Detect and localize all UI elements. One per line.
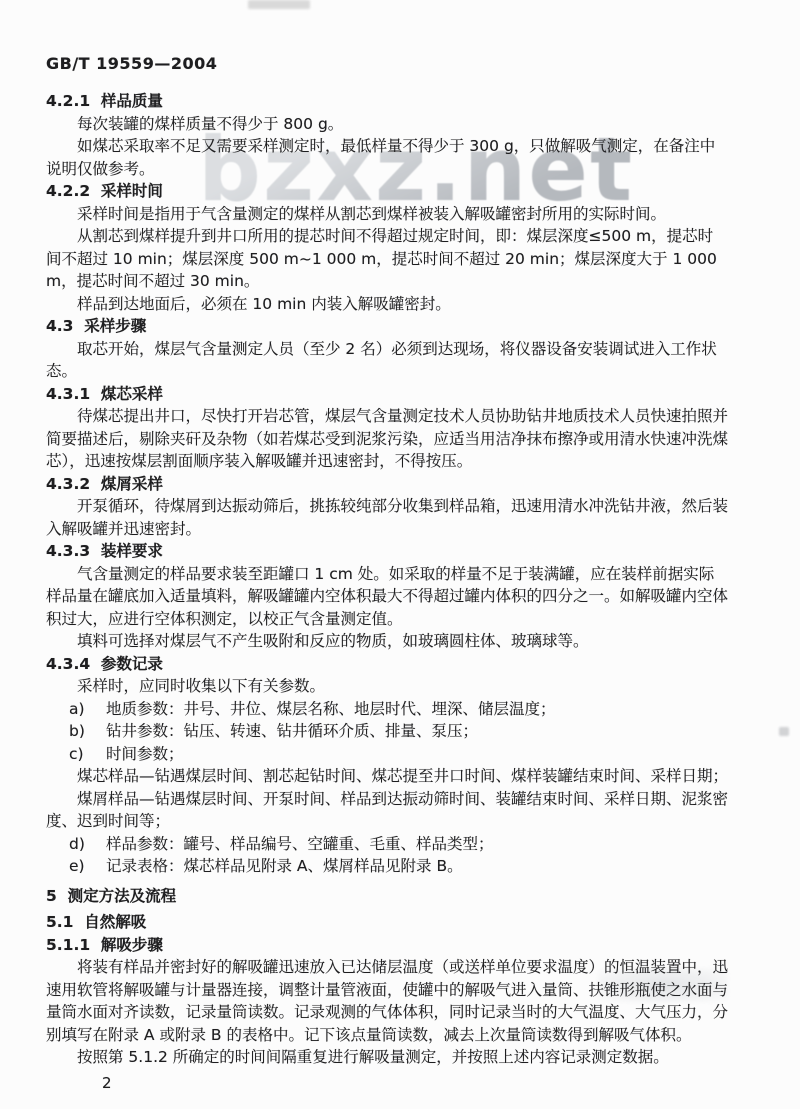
paragraph: 开泵循环，待煤屑到达振动筛后，挑拣较纯部分收集到样品箱，迅速用清水冲洗钻井液，然… (46, 495, 728, 540)
section-heading: 4.3.4 参数记录 (46, 653, 728, 676)
list-item: c)时间参数； (46, 743, 728, 766)
list-item: b)钻井参数：钻压、转速、钻井循环介质、排量、泵压； (46, 720, 728, 743)
list-marker: d) (69, 833, 106, 856)
document-content: 4.2.1 样品质量每次装罐的煤样质量不得少于 800 g。如煤芯采取率不足又需… (46, 90, 728, 1069)
list-marker: b) (69, 720, 106, 743)
list-text: 地质参数：井号、井位、煤层名称、地层时代、埋深、储层温度； (106, 700, 556, 718)
paragraph: 从割芯到煤样提升到井口所用的提芯时间不得超过规定时间，即：煤层深度≤500 m，… (46, 225, 728, 293)
paragraph: 填料可选择对煤层气不产生吸附和反应的物质，如玻璃圆柱体、玻璃球等。 (46, 630, 728, 653)
list-item: d)样品参数：罐号、样品编号、空罐重、毛重、样品类型； (46, 833, 728, 856)
section-heading: 4.2.1 样品质量 (46, 90, 728, 113)
document-body: GB/T 19559—2004 4.2.1 样品质量每次装罐的煤样质量不得少于 … (0, 0, 800, 1092)
section-heading: 5.1.1 解吸步骤 (46, 934, 728, 957)
paragraph: 待煤芯提出井口，尽快打开岩芯管，煤层气含量测定技术人员协助钻井地质技术人员快速拍… (46, 405, 728, 473)
section-heading: 4.2.2 采样时间 (46, 180, 728, 203)
section-heading: 4.3.3 装样要求 (46, 540, 728, 563)
page-number: 2 (46, 1074, 758, 1092)
list-marker: a) (69, 698, 106, 721)
paragraph: 气含量测定的样品要求装至距罐口 1 cm 处。如采取的样量不足于装满罐，应在装样… (46, 563, 728, 631)
list-text: 时间参数； (106, 745, 184, 763)
section-heading: 4.3 采样步骤 (46, 315, 728, 338)
paragraph: 取芯开始，煤层气含量测定人员（至少 2 名）必须到达现场，将仪器设备安装调试进入… (46, 338, 728, 383)
list-text: 记录表格：煤芯样品见附录 A、煤屑样品见附录 B。 (106, 857, 463, 875)
paragraph: 煤芯样品—钻遇煤层时间、割芯起钻时间、煤芯提至井口时间、煤样装罐结束时间、采样日… (46, 765, 728, 788)
list-text: 钻井参数：钻压、转速、钻井循环介质、排量、泵压； (106, 722, 478, 740)
paragraph: 煤屑样品—钻遇煤层时间、开泵时间、样品到达振动筛时间、装罐结束时间、采样日期、泥… (46, 788, 728, 833)
section-heading: 4.3.1 煤芯采样 (46, 383, 728, 406)
paragraph: 样品到达地面后，必须在 10 min 内装入解吸罐密封。 (46, 293, 728, 316)
list-item: a)地质参数：井号、井位、煤层名称、地层时代、埋深、储层温度； (46, 698, 728, 721)
paragraph: 采样时，应同时收集以下有关参数。 (46, 675, 728, 698)
paragraph: 采样时间是指用于气含量测定的煤样从割芯到煤样被装入解吸罐密封所用的实际时间。 (46, 203, 728, 226)
scanned-document-page: bzxz.net GB/T 19559—2004 4.2.1 样品质量每次装罐的… (0, 0, 800, 1109)
list-text: 样品参数：罐号、样品编号、空罐重、毛重、样品类型； (106, 835, 494, 853)
paragraph: 如煤芯采取率不足又需要采样测定时，最低样量不得少于 300 g，只做解吸气测定，… (46, 135, 728, 180)
paragraph: 每次装罐的煤样质量不得少于 800 g。 (46, 113, 728, 136)
list-marker: e) (69, 855, 106, 878)
list-item: e)记录表格：煤芯样品见附录 A、煤屑样品见附录 B。 (46, 855, 728, 878)
paragraph: 按照第 5.1.2 所确定的时间间隔重复进行解吸量测定，并按照上述内容记录测定数… (46, 1046, 728, 1069)
section-heading: 5 测定方法及流程 (46, 885, 728, 908)
section-heading: 5.1 自然解吸 (46, 911, 728, 934)
standard-number-header: GB/T 19559—2004 (46, 54, 758, 73)
paragraph: 将装有样品并密封好的解吸罐迅速放入已达储层温度（或送样单位要求温度）的恒温装置中… (46, 956, 728, 1046)
list-marker: c) (69, 743, 106, 766)
section-heading: 4.3.2 煤屑采样 (46, 473, 728, 496)
